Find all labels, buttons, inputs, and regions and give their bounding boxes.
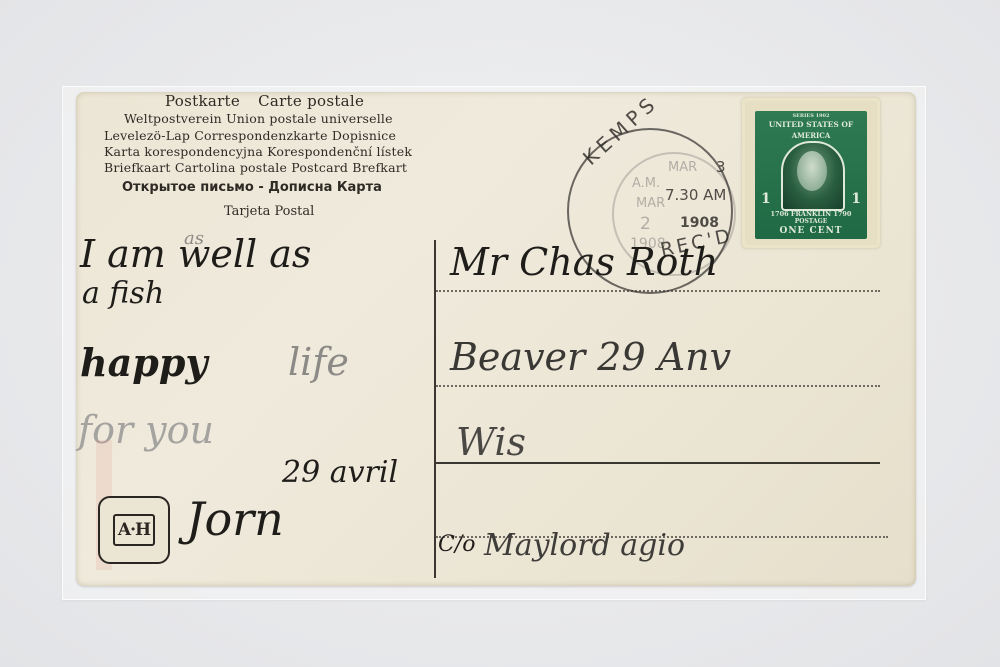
message-line-2: a fish bbox=[82, 276, 164, 311]
stamp-country-1: UNITED STATES OF bbox=[755, 120, 867, 129]
postmark-faint-am: A.M. bbox=[632, 176, 660, 191]
stamp-value: ONE CENT bbox=[755, 226, 867, 236]
header-tarjeta: Tarjeta Postal bbox=[224, 204, 314, 219]
stamp-denomination-right: 1 bbox=[851, 191, 861, 207]
header-postkarte: Postkarte bbox=[165, 92, 240, 110]
address-state: Wis bbox=[456, 420, 526, 464]
address-line-2 bbox=[436, 385, 880, 387]
header-line-2: Weltpostverein Union postale universelle bbox=[124, 111, 393, 126]
postmark-faint-day: 2 bbox=[640, 214, 651, 234]
message-signature: Jorn bbox=[186, 492, 284, 546]
postmark-month: MAR bbox=[668, 160, 697, 175]
stamp-design: SERIES 1902 UNITED STATES OF AMERICA 1 1… bbox=[755, 111, 867, 239]
postmark-time: 7.30 AM bbox=[665, 186, 726, 204]
postmark-faint-month: MAR bbox=[636, 196, 665, 211]
stamp-denomination-left: 1 bbox=[761, 191, 771, 207]
publisher-logo-icon: A·H bbox=[98, 496, 170, 564]
address-name: Mr Chas Roth bbox=[450, 240, 718, 284]
stamp-country-2: AMERICA bbox=[755, 131, 867, 140]
franklin-portrait-icon bbox=[781, 141, 845, 211]
header-line-5: Briefkaart Cartolina postale Postcard Br… bbox=[104, 160, 407, 175]
header-title: PostkarteCarte postale bbox=[165, 92, 364, 110]
message-happy: happy bbox=[80, 340, 207, 385]
portrait-face bbox=[797, 151, 827, 191]
publisher-logo-text: A·H bbox=[113, 514, 155, 546]
header-line-4: Karta korespondencyjna Korespondenční lí… bbox=[104, 144, 412, 159]
address-care-of: C/o bbox=[438, 532, 476, 557]
address-line-4-text: Maylord agio bbox=[484, 528, 685, 563]
stamp-name-line: 1706 FRANKLIN 1790 bbox=[755, 210, 867, 218]
header-line-3: Levelezö-Lap Correspondenzkarte Dopisnic… bbox=[104, 128, 396, 143]
message-life: life bbox=[288, 340, 349, 384]
stamp-series: SERIES 1902 bbox=[755, 113, 867, 119]
stamp-postage: POSTAGE bbox=[755, 218, 867, 225]
postage-stamp: SERIES 1902 UNITED STATES OF AMERICA 1 1… bbox=[745, 101, 877, 245]
header-cyrillic: Открытое письмо - Дописна Карта bbox=[122, 180, 382, 195]
header-carte-postale: Carte postale bbox=[258, 92, 364, 110]
address-street: Beaver 29 Anv bbox=[450, 335, 731, 379]
postmark-day: 3 bbox=[716, 158, 726, 176]
message-correction: as bbox=[184, 228, 204, 249]
message-date: 29 avril bbox=[282, 455, 398, 490]
